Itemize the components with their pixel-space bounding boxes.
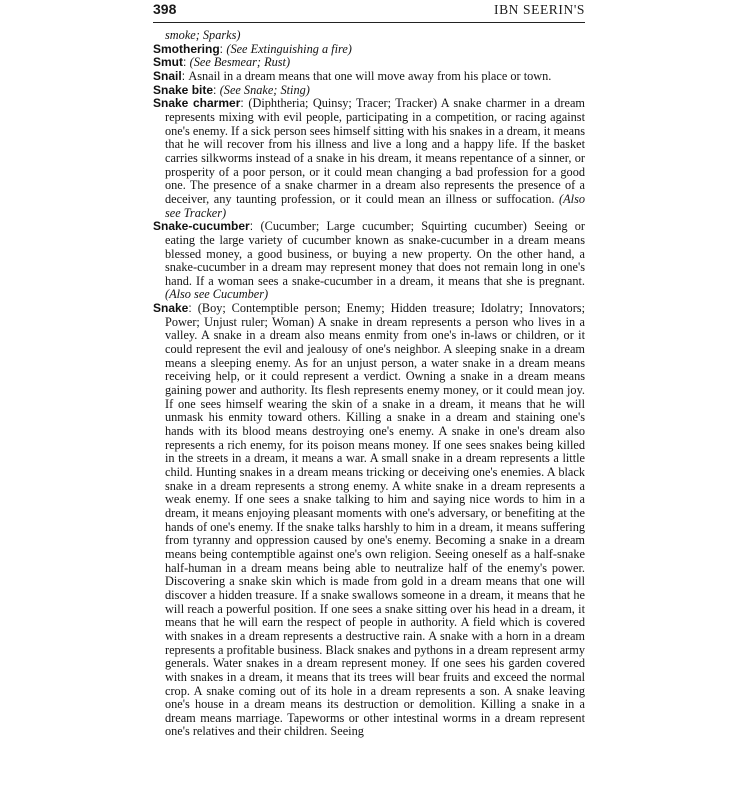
entry-definition: (Boy; Contemptible person; Enemy; Hidden… [165,301,585,738]
page-number: 398 [153,1,176,17]
entry-definition: (Diphtheria; Quinsy; Tracer; Tracker) A … [165,96,585,206]
entry-definition: Asnail in a dream means that one will mo… [188,69,551,83]
book-title: IBN SEERIN'S [494,2,585,18]
headword: Snake [153,301,188,315]
cross-reference: (Also see Cucumber) [165,287,268,301]
cross-reference: (See Extinguishing a fire) [226,42,352,56]
continued-text: smoke; Sparks) [153,29,585,43]
book-page: 398 IBN SEERIN'S smoke; Sparks) Smotheri… [153,0,585,739]
dictionary-body: smoke; Sparks) Smothering: (See Extingui… [153,29,585,739]
headword: Snake charmer [153,96,240,110]
headword: Snake bite [153,83,213,97]
headword: Snail [153,69,182,83]
running-header: 398 IBN SEERIN'S [153,0,585,23]
headword: Smut [153,55,183,69]
entry-smothering: Smothering: (See Extinguishing a fire) [153,43,585,57]
headword: Smothering [153,42,220,56]
headword: Snake-cucumber [153,219,250,233]
entry-snail: Snail: Asnail in a dream means that one … [153,70,585,84]
cross-reference: (See Snake; Sting) [220,83,310,97]
entry-snake-cucumber: Snake-cucumber: (Cucumber; Large cucumbe… [153,220,585,302]
entry-snake: Snake: (Boy; Contemptible person; Enemy;… [153,302,585,739]
cross-reference: (See Besmear; Rust) [190,55,290,69]
entry-snake-bite: Snake bite: (See Snake; Sting) [153,84,585,98]
entry-smut: Smut: (See Besmear; Rust) [153,56,585,70]
entry-snake-charmer: Snake charmer: (Diphtheria; Quinsy; Trac… [153,97,585,220]
